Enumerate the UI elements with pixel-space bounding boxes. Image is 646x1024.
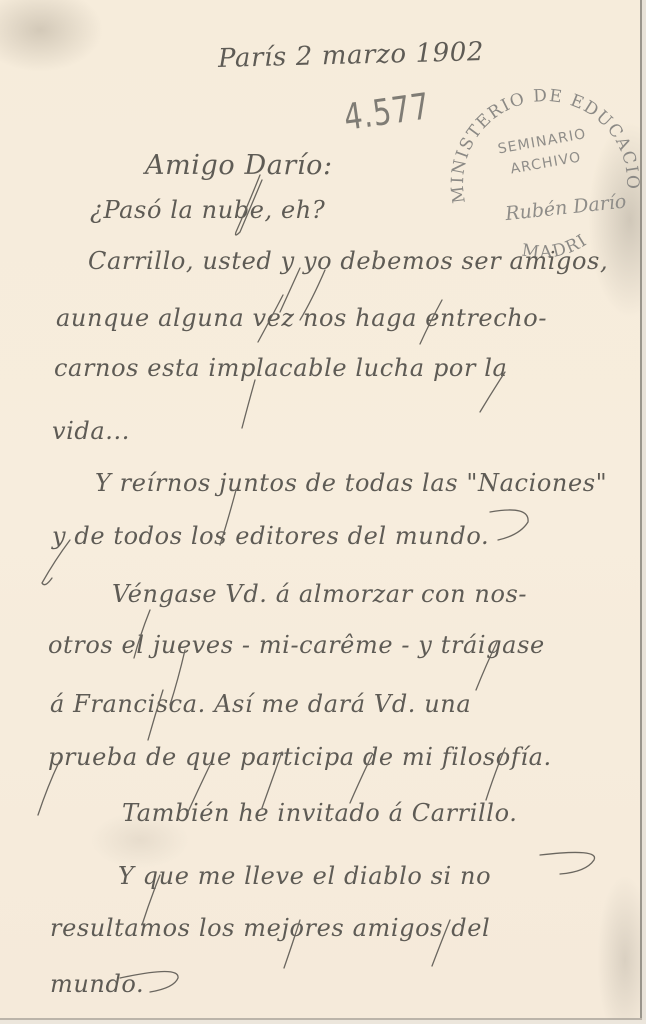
letter-line: ¿Pasó la nube, eh?	[90, 196, 325, 224]
letter-line: Y que me lleve el diablo si no	[118, 862, 491, 890]
paper-bottom-edge	[0, 1018, 642, 1020]
letter-line: prueba de que participa de mi filosofía.	[48, 743, 552, 771]
letter-line: otros el jueves - mi-carême - y tráigase	[48, 631, 545, 659]
letter-line: resultamos los mejores amigos del	[50, 914, 490, 942]
letter-line: Carrillo, usted y yo debemos ser amigos,	[88, 247, 608, 275]
letter-line: Y reírnos juntos de todas las "Naciones"	[95, 469, 607, 497]
stamp-signature: Rubén Darío	[503, 191, 627, 226]
letter-line: También he invitado á Carrillo.	[122, 799, 517, 827]
scan-margin-bottom	[0, 1020, 646, 1024]
letter-line: vida...	[52, 417, 130, 445]
letter-line: mundo.	[50, 970, 144, 998]
archive-catalog-number: 4.577	[341, 86, 432, 139]
letter-line: carnos esta implacable lucha por la	[54, 354, 507, 382]
archive-stamp: MINISTERIO DE EDUCACION NACIONAL MADRID …	[437, 58, 646, 268]
letter-line: á Francisca. Así me dará Vd. una	[50, 690, 471, 718]
letter-page: MINISTERIO DE EDUCACION NACIONAL MADRID …	[0, 0, 646, 1024]
letter-line: Véngase Vd. á almorzar con nos-	[112, 580, 527, 608]
letter-line: y de todos los editores del mundo.	[52, 522, 489, 550]
stamp-seal-icon: MINISTERIO DE EDUCACION NACIONAL MADRID …	[437, 58, 646, 268]
letter-line: aunque alguna vez nos haga entrecho-	[56, 304, 547, 332]
letter-greeting: Amigo Darío:	[145, 150, 333, 181]
stamp-ring-top-text: MINISTERIO DE EDUCACION NACIONAL	[437, 58, 642, 204]
